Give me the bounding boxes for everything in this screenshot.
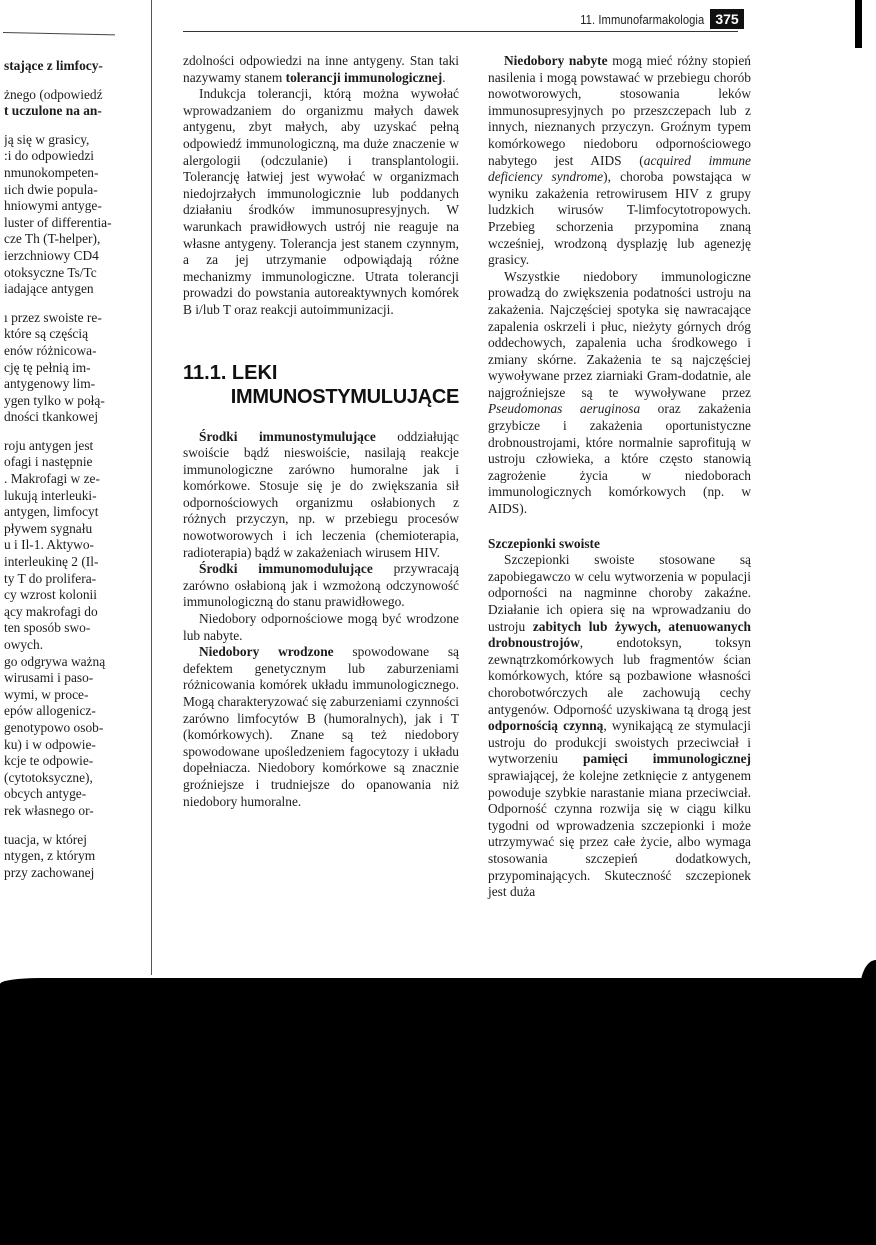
- page-number-badge: 375: [710, 9, 743, 29]
- fragment-line: stające z limfocy-: [4, 58, 149, 75]
- fragment-line: genotypowo osob-: [4, 720, 149, 737]
- running-header: 11. Immunofarmakologia 375: [560, 8, 744, 30]
- scanner-background: [0, 978, 876, 1245]
- fragment-line: wirusami i paso-: [4, 670, 149, 687]
- right-page-header-rule: [183, 31, 738, 32]
- chapter-title: 11. Immunofarmakologia: [580, 12, 704, 27]
- fragment-line: ierzchniowy CD4: [4, 248, 149, 265]
- fragment-line: ıich dwie popula-: [4, 182, 149, 199]
- fragment-line: lukują interleuki-: [4, 488, 149, 505]
- paragraph: Niedobory odpornościowe mogą być wrodzon…: [183, 611, 459, 644]
- fragment-line: ofagi i następnie: [4, 454, 149, 471]
- fragment-line: antygenowy lim-: [4, 376, 149, 393]
- paragraph: Niedobory nabyte mogą mieć różny stopień…: [488, 53, 751, 269]
- scanner-background-edge: [860, 960, 876, 1245]
- fragment-line: ygen tylko w połą-: [4, 393, 149, 410]
- scan-edge-mark: [855, 0, 862, 48]
- fragment-line: ący makrofagi do: [4, 604, 149, 621]
- fragment-line: antygen, limfocyt: [4, 504, 149, 521]
- fragment-line: :i do odpowiedzi: [4, 148, 149, 165]
- fragment-line: wymi, w proce-: [4, 687, 149, 704]
- fragment-line: cze Th (T-helper),: [4, 231, 149, 248]
- fragment-line: go odgrywa ważną: [4, 654, 149, 671]
- left-page-header-rule: [3, 32, 115, 35]
- fragment-line: interleukinę 2 (Il-: [4, 554, 149, 571]
- fragment-line: u i Il-1. Aktywo-: [4, 537, 149, 554]
- fragment-line: ı przez swoiste re-: [4, 310, 149, 327]
- fragment-line: ntygen, z którym: [4, 848, 149, 865]
- text-column-right: Niedobory nabyte mogą mieć różny stopień…: [488, 53, 751, 901]
- paragraph: Wszystkie niedobory immunologiczne prowa…: [488, 269, 751, 518]
- paragraph: Niedobory wrodzone spowodowane są defekt…: [183, 644, 459, 810]
- paragraph: Środki immunomodulujące przywracają zaró…: [183, 561, 459, 611]
- fragment-line: żnego (odpowiedź: [4, 87, 149, 104]
- fragment-line: dności tkankowej: [4, 409, 149, 426]
- subheading: Szczepionki swoiste: [488, 536, 751, 553]
- fragment-line: [4, 426, 149, 438]
- fragment-line: luster of differentia-: [4, 215, 149, 232]
- fragment-line: ten sposób swo-: [4, 620, 149, 637]
- fragment-line: ją się w grasicy,: [4, 132, 149, 149]
- paragraph: Indukcja tolerancji, którą można wywołać…: [183, 86, 459, 318]
- fragment-line: cję tę pełnią im-: [4, 360, 149, 377]
- text-column-left: zdolności odpowiedzi na inne antygeny. S…: [183, 53, 459, 810]
- fragment-line: . Makrofagi w ze-: [4, 471, 149, 488]
- fragment-line: otoksyczne Ts/Tc: [4, 265, 149, 282]
- fragment-line: nmunokompeten-: [4, 165, 149, 182]
- fragment-line: [4, 75, 149, 87]
- fragment-line: roju antygen jest: [4, 438, 149, 455]
- fragment-line: pływem sygnału: [4, 521, 149, 538]
- fragment-line: przy zachowanej: [4, 865, 149, 882]
- fragment-line: tuacja, w której: [4, 832, 149, 849]
- fragment-line: t uczulone na an-: [4, 103, 149, 120]
- fragment-line: kcje te odpowie-: [4, 753, 149, 770]
- section-title: IMMUNOSTYMULUJĄCE: [183, 385, 459, 409]
- fragment-line: enów różnicowa-: [4, 343, 149, 360]
- fragment-line: obcych antyge-: [4, 786, 149, 803]
- paragraph: zdolności odpowiedzi na inne antygeny. S…: [183, 53, 459, 86]
- fragment-line: [4, 820, 149, 832]
- paragraph: Szczepionki swoiste stosowane są zapobie…: [488, 552, 751, 900]
- fragment-line: [4, 120, 149, 132]
- page-gutter: [151, 0, 152, 975]
- fragment-line: iadające antygen: [4, 281, 149, 298]
- fragment-line: cy wzrost kolonii: [4, 587, 149, 604]
- fragment-line: ku) i w odpowie-: [4, 737, 149, 754]
- fragment-line: ty T do prolifera-: [4, 571, 149, 588]
- fragment-line: [4, 298, 149, 310]
- section-heading: 11.1. LEKI IMMUNOSTYMULUJĄCE: [183, 361, 459, 409]
- fragment-line: owych.: [4, 637, 149, 654]
- fragment-line: epów allogenicz-: [4, 703, 149, 720]
- fragment-line: hniowymi antyge-: [4, 198, 149, 215]
- left-page-fragment: stające z limfocy-żnego (odpowiedźt uczu…: [4, 58, 149, 881]
- section-number: 11.1. LEKI: [183, 361, 459, 385]
- fragment-line: które są częścią: [4, 326, 149, 343]
- fragment-line: rek własnego or-: [4, 803, 149, 820]
- fragment-line: (cytotoksyczne),: [4, 770, 149, 787]
- paragraph: Środki immunostymulujące oddziałując swo…: [183, 429, 459, 562]
